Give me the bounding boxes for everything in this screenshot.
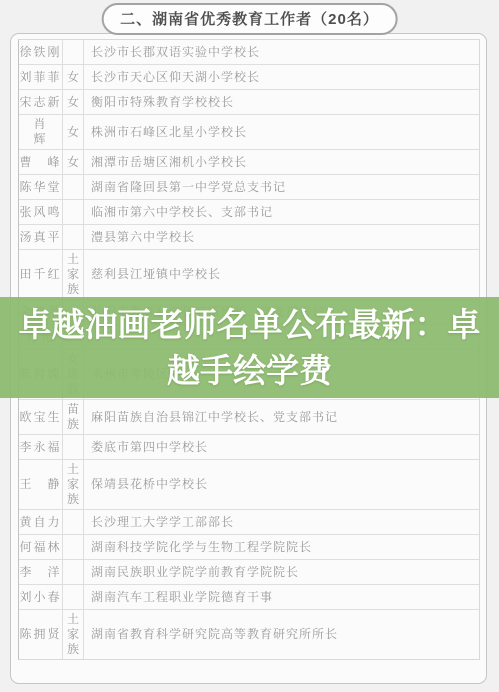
gender-ethnicity-cell: 女 bbox=[63, 65, 84, 89]
table-row: 王 静土家族保靖县花桥中学校长 bbox=[19, 460, 479, 510]
name-cell: 徐铁刚 bbox=[19, 40, 63, 64]
gender-ethnicity-cell: 土家族 bbox=[63, 250, 84, 299]
position-cell: 临湘市第六中学校长、支部书记 bbox=[84, 200, 479, 224]
gender-ethnicity-cell: 土家族 bbox=[63, 610, 84, 659]
table-row: 徐铁刚长沙市长郡双语实验中学校长 bbox=[19, 40, 479, 65]
name-cell: 曹 峰 bbox=[19, 150, 63, 174]
position-cell: 澧县第六中学校长 bbox=[84, 225, 479, 249]
table-row: 李 洋湖南民族职业学院学前教育学院院长 bbox=[19, 560, 479, 585]
name-cell: 刘小春 bbox=[19, 585, 63, 609]
name-cell: 欧宝生 bbox=[19, 400, 63, 434]
name-cell: 汤真平 bbox=[19, 225, 63, 249]
overlay-banner: 卓越油画老师名单公布最新：卓越手绘学费 bbox=[0, 297, 499, 398]
name-cell: 刘菲菲 bbox=[19, 65, 63, 89]
gender-ethnicity-cell bbox=[63, 175, 84, 199]
section-title-pill: 二、湖南省优秀教育工作者（20名） bbox=[101, 3, 398, 35]
name-cell: 肖 辉 bbox=[19, 115, 63, 149]
table-row: 曹 峰女湘潭市岳塘区湘机小学校长 bbox=[19, 150, 479, 175]
table-row: 李永福娄底市第四中学校长 bbox=[19, 435, 479, 460]
gender-ethnicity-cell: 女 bbox=[63, 150, 84, 174]
position-cell: 湖南省隆回县第一中学党总支书记 bbox=[84, 175, 479, 199]
table-row: 刘菲菲女长沙市天心区仰天湖小学校长 bbox=[19, 65, 479, 90]
position-cell: 长沙市天心区仰天湖小学校长 bbox=[84, 65, 479, 89]
name-cell: 黄自力 bbox=[19, 510, 63, 534]
position-cell: 湖南民族职业学院学前教育学院院长 bbox=[84, 560, 479, 584]
position-cell: 湘潭市岳塘区湘机小学校长 bbox=[84, 150, 479, 174]
gender-ethnicity-cell: 女 bbox=[63, 115, 84, 149]
gender-ethnicity-cell: 苗族 bbox=[63, 400, 84, 434]
gender-ethnicity-cell bbox=[63, 435, 84, 459]
table-row: 张风鸣临湘市第六中学校长、支部书记 bbox=[19, 200, 479, 225]
name-cell: 田千红 bbox=[19, 250, 63, 299]
gender-ethnicity-cell bbox=[63, 560, 84, 584]
table-row: 陈华堂湖南省隆回县第一中学党总支书记 bbox=[19, 175, 479, 200]
position-cell: 长沙理工大学学工部部长 bbox=[84, 510, 479, 534]
name-cell: 李永福 bbox=[19, 435, 63, 459]
gender-ethnicity-cell bbox=[63, 510, 84, 534]
table-row: 肖 辉女株洲市石峰区北星小学校长 bbox=[19, 115, 479, 150]
position-cell: 保靖县花桥中学校长 bbox=[84, 460, 479, 509]
table-row: 汤真平澧县第六中学校长 bbox=[19, 225, 479, 250]
table-row: 田千红土家族慈利县江垭镇中学校长 bbox=[19, 250, 479, 300]
position-cell: 慈利县江垭镇中学校长 bbox=[84, 250, 479, 299]
position-cell: 湖南科技学院化学与生物工程学院院长 bbox=[84, 535, 479, 559]
gender-ethnicity-cell bbox=[63, 200, 84, 224]
gender-ethnicity-cell bbox=[63, 585, 84, 609]
gender-ethnicity-cell: 土家族 bbox=[63, 460, 84, 509]
position-cell: 衡阳市特殊教育学校校长 bbox=[84, 90, 479, 114]
gender-ethnicity-cell bbox=[63, 535, 84, 559]
position-cell: 娄底市第四中学校长 bbox=[84, 435, 479, 459]
section-title: 二、湖南省优秀教育工作者（20名） bbox=[120, 11, 379, 28]
name-cell: 王 静 bbox=[19, 460, 63, 509]
position-cell: 麻阳苗族自治县锦江中学校长、党支部书记 bbox=[84, 400, 479, 434]
position-cell: 长沙市长郡双语实验中学校长 bbox=[84, 40, 479, 64]
position-cell: 湖南汽车工程职业学院德育干事 bbox=[84, 585, 479, 609]
gender-ethnicity-cell bbox=[63, 40, 84, 64]
gender-ethnicity-cell bbox=[63, 225, 84, 249]
table-row: 欧宝生苗族麻阳苗族自治县锦江中学校长、党支部书记 bbox=[19, 400, 479, 435]
name-cell: 陈华堂 bbox=[19, 175, 63, 199]
name-cell: 宋志新 bbox=[19, 90, 63, 114]
overlay-banner-title: 卓越油画老师名单公布最新：卓越手绘学费 bbox=[16, 302, 483, 394]
table-row: 何福林湖南科技学院化学与生物工程学院院长 bbox=[19, 535, 479, 560]
name-cell: 陈拥贤 bbox=[19, 610, 63, 659]
table-row: 宋志新女衡阳市特殊教育学校校长 bbox=[19, 90, 479, 115]
name-cell: 何福林 bbox=[19, 535, 63, 559]
name-cell: 张风鸣 bbox=[19, 200, 63, 224]
table-row: 刘小春湖南汽车工程职业学院德育干事 bbox=[19, 585, 479, 610]
position-cell: 湖南省教育科学研究院高等教育研究所所长 bbox=[84, 610, 479, 659]
position-cell: 株洲市石峰区北星小学校长 bbox=[84, 115, 479, 149]
table-row: 黄自力长沙理工大学学工部部长 bbox=[19, 510, 479, 535]
name-cell: 李 洋 bbox=[19, 560, 63, 584]
gender-ethnicity-cell: 女 bbox=[63, 90, 84, 114]
table-row: 陈拥贤土家族湖南省教育科学研究院高等教育研究所所长 bbox=[19, 610, 479, 659]
